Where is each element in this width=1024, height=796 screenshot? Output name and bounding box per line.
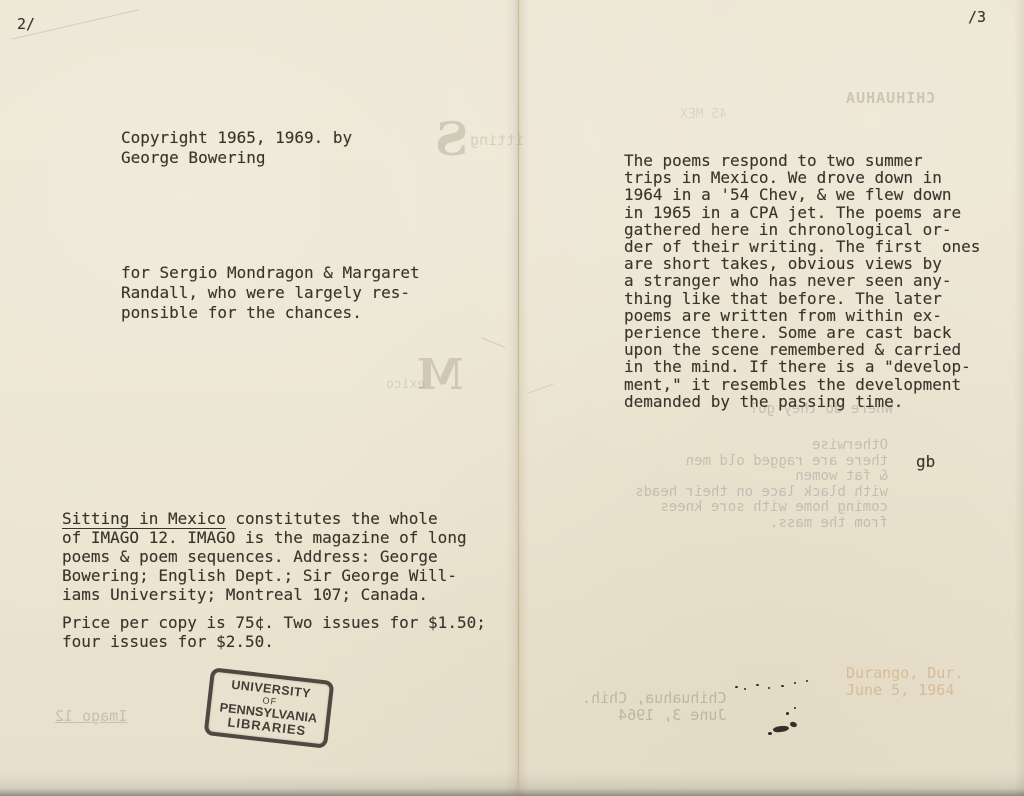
ink-speck — [735, 686, 738, 688]
bleedthrough-durango-date: Durango, Dur. June 5, 1964 — [846, 665, 963, 699]
ink-speck — [781, 685, 784, 687]
ink-speck — [794, 682, 796, 684]
page-number-right: /3 — [968, 8, 986, 27]
ink-speck — [756, 684, 759, 686]
ink-smudge — [773, 725, 790, 733]
imprint-title-underlined: Sitting in Mexico — [62, 509, 226, 529]
bleedthrough-poem-block: Otherwise there are ragged old men & fat… — [578, 438, 888, 531]
book-spread: S itting M exico Imago 12 2/ Copyright 1… — [0, 0, 1024, 796]
imprint-paragraph: Sitting in Mexico constitutes the whole … — [62, 509, 467, 604]
ink-speck — [768, 687, 770, 689]
page-bottom-edge — [0, 788, 1024, 796]
dedication: for Sergio Mondragon & Margaret Randall,… — [121, 263, 420, 323]
price-paragraph: Price per copy is 75¢. Two issues for $1… — [62, 613, 486, 651]
ink-speck — [744, 688, 746, 690]
ink-speck — [786, 712, 789, 715]
ink-speck — [794, 707, 796, 709]
library-stamp: UNIVERSITY OF PENNSYLVANIA LIBRARIES — [204, 667, 335, 749]
page-right-edge — [1014, 0, 1024, 796]
left-page: S itting M exico Imago 12 2/ Copyright 1… — [0, 0, 518, 796]
bleedthrough-title-initial-s: S — [435, 116, 468, 162]
bleedthrough-chihuahua: CHIHUAHUA — [845, 90, 935, 107]
bleedthrough-km-marker: 45 MEX — [680, 106, 727, 123]
copyright-notice: Copyright 1965, 1969. by George Bowering — [121, 128, 352, 168]
ink-smudge — [789, 721, 797, 728]
ink-speck — [768, 732, 772, 735]
page-number-left: 2/ — [17, 15, 35, 34]
bleedthrough-imago: Imago 12 — [55, 708, 127, 725]
bleedthrough-chihuahua-date: Chihuahua, Chih. June 3, 1964 — [582, 690, 727, 724]
author-initials: gb — [916, 452, 935, 471]
authors-note: The poems respond to two summer trips in… — [624, 152, 980, 410]
bleedthrough-title-word-2: exico — [386, 376, 425, 393]
ink-speck — [806, 680, 808, 682]
right-page: CHIHUAHUA 45 MEX Where do they go? Other… — [518, 0, 1024, 796]
